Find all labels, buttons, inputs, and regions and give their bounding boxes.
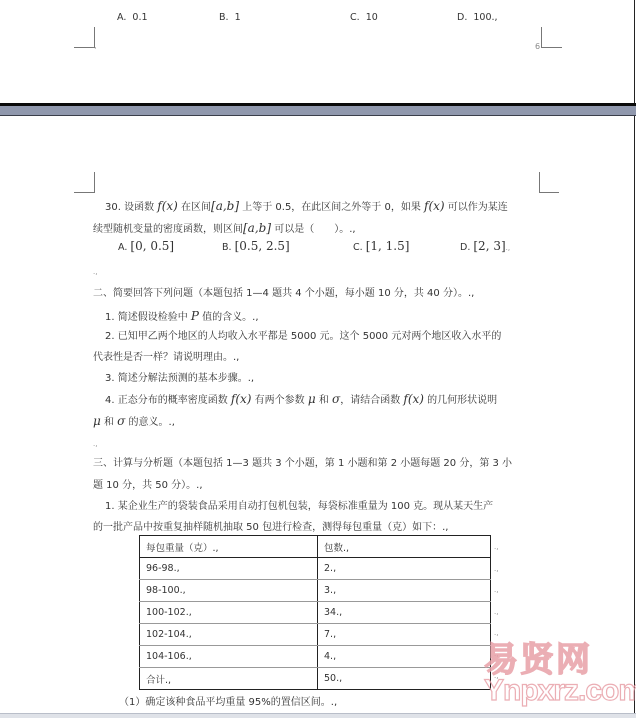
table-row: 104-106., 4., xyxy=(140,646,491,668)
table-row: 98-100., 3., xyxy=(140,580,491,602)
table-cell-count: 2., xyxy=(318,558,491,580)
table-cell-weight: 104-106., xyxy=(140,646,318,668)
section-3-heading-line2: 题 10 分，共 50 分）。., xyxy=(93,480,203,492)
option-c: C. 10 xyxy=(350,12,378,23)
section-2-q4-line1: 4. 正态分布的概率密度函数 f(x) 有两个参数 μ 和 σ，请结合函数 f(… xyxy=(105,393,497,407)
row-end-mark: ., xyxy=(494,543,498,551)
table-row: 96-98., 2., xyxy=(140,558,491,580)
margin-corner-top-left xyxy=(74,172,95,193)
table-row: 100-102., 34., xyxy=(140,602,491,624)
section-3-q1-sub1: （1）确定该种食品平均重量 95%的置信区间。., xyxy=(119,697,337,709)
row-end-mark: ., xyxy=(494,586,498,594)
q30-option-b: B. [0.5, 2.5] xyxy=(222,239,290,253)
table-cell-count: 3., xyxy=(318,580,491,602)
row-end-mark: ., xyxy=(494,629,498,637)
table-header-row: 每包重量（克）., 包数., xyxy=(140,536,491,558)
section-2-q2-line2: 代表性是否一样？请说明理由。., xyxy=(93,352,239,364)
option-a: A. 0.1 xyxy=(117,12,148,23)
row-end-mark: ., xyxy=(494,608,498,616)
table-cell-weight: 100-102., xyxy=(140,602,318,624)
table-total-row: 合计., 50., xyxy=(140,668,491,690)
question-30-line2: 续型随机变量的密度函数，则区间[a,b] 可以是（ ）。., xyxy=(93,222,356,236)
section-2-q2-line1: 2. 已知甲乙两个地区的人均收入水平都是 5000 元。这个 5000 元对两个… xyxy=(105,331,501,343)
question-30-line1: 30. 设函数 f(x) 在区间[a,b] 上等于 0.5，在此区间之外等于 0… xyxy=(105,200,508,214)
q30-option-d: D. [2, 3]., xyxy=(460,239,510,253)
row-end-mark: ., xyxy=(494,650,498,658)
table-cell-weight: 98-100., xyxy=(140,580,318,602)
margin-corner-bottom-right xyxy=(541,27,562,48)
section-2-q3: 3. 简述分解法预测的基本步骤。., xyxy=(105,373,254,385)
row-end-mark: ., xyxy=(494,672,498,680)
page-number: 6 xyxy=(535,42,540,51)
document-page-previous: A. 0.1 B. 1 C. 10 D. 100., ., 6 xyxy=(0,0,635,103)
weight-distribution-table: 每包重量（克）., 包数., 96-98., 2., 98-100., 3., … xyxy=(139,535,491,690)
table-cell-count: 4., xyxy=(318,646,491,668)
q30-option-c: C. [1, 1.5] xyxy=(353,239,409,253)
section-3-q1-line1: 1. 某企业生产的袋装食品采用自动打包机包装，每袋标准重量为 100 克。现从某… xyxy=(105,501,493,513)
table-cell-count: 7., xyxy=(318,624,491,646)
margin-corner-top-right-h xyxy=(539,192,559,193)
page-gap xyxy=(0,106,636,115)
section-3-q1-line2: 的一批产品中按重复抽样随机抽取 50 包进行检查，测得每包重量（克）如下：., xyxy=(93,522,448,534)
table-row: 102-104., 7., xyxy=(140,624,491,646)
paragraph-mark: ., xyxy=(93,440,97,448)
q30-option-a: A. [0, 0.5] xyxy=(118,239,174,253)
margin-corner-top-right xyxy=(539,172,560,192)
paragraph-mark: ., xyxy=(92,42,96,50)
table-cell-count: 34., xyxy=(318,602,491,624)
option-b: B. 1 xyxy=(219,12,241,23)
table-cell-weight: 102-104., xyxy=(140,624,318,646)
window-bottom-edge xyxy=(0,713,636,718)
row-end-mark: ., xyxy=(494,565,498,573)
table-header-count: 包数., xyxy=(318,536,491,558)
section-2-q4-line2: μ 和 σ 的意义。., xyxy=(93,415,175,429)
table-header-weight: 每包重量（克）., xyxy=(140,536,318,558)
table-cell-weight: 合计., xyxy=(140,668,318,690)
paragraph-mark: ., xyxy=(93,268,97,276)
section-3-heading-line1: 三、计算与分析题（本题包括 1—3 题共 3 个小题，第 1 小题和第 2 小题… xyxy=(93,458,512,470)
table-cell-weight: 96-98., xyxy=(140,558,318,580)
option-d: D. 100., xyxy=(457,12,498,23)
section-2-q1: 1. 简述假设检验中 P 值的含义。., xyxy=(105,310,259,324)
table-cell-count: 50., xyxy=(318,668,491,690)
section-2-heading: 二、简要回答下列问题（本题包括 1—4 题共 4 个小题，每小题 10 分，共 … xyxy=(93,288,474,300)
